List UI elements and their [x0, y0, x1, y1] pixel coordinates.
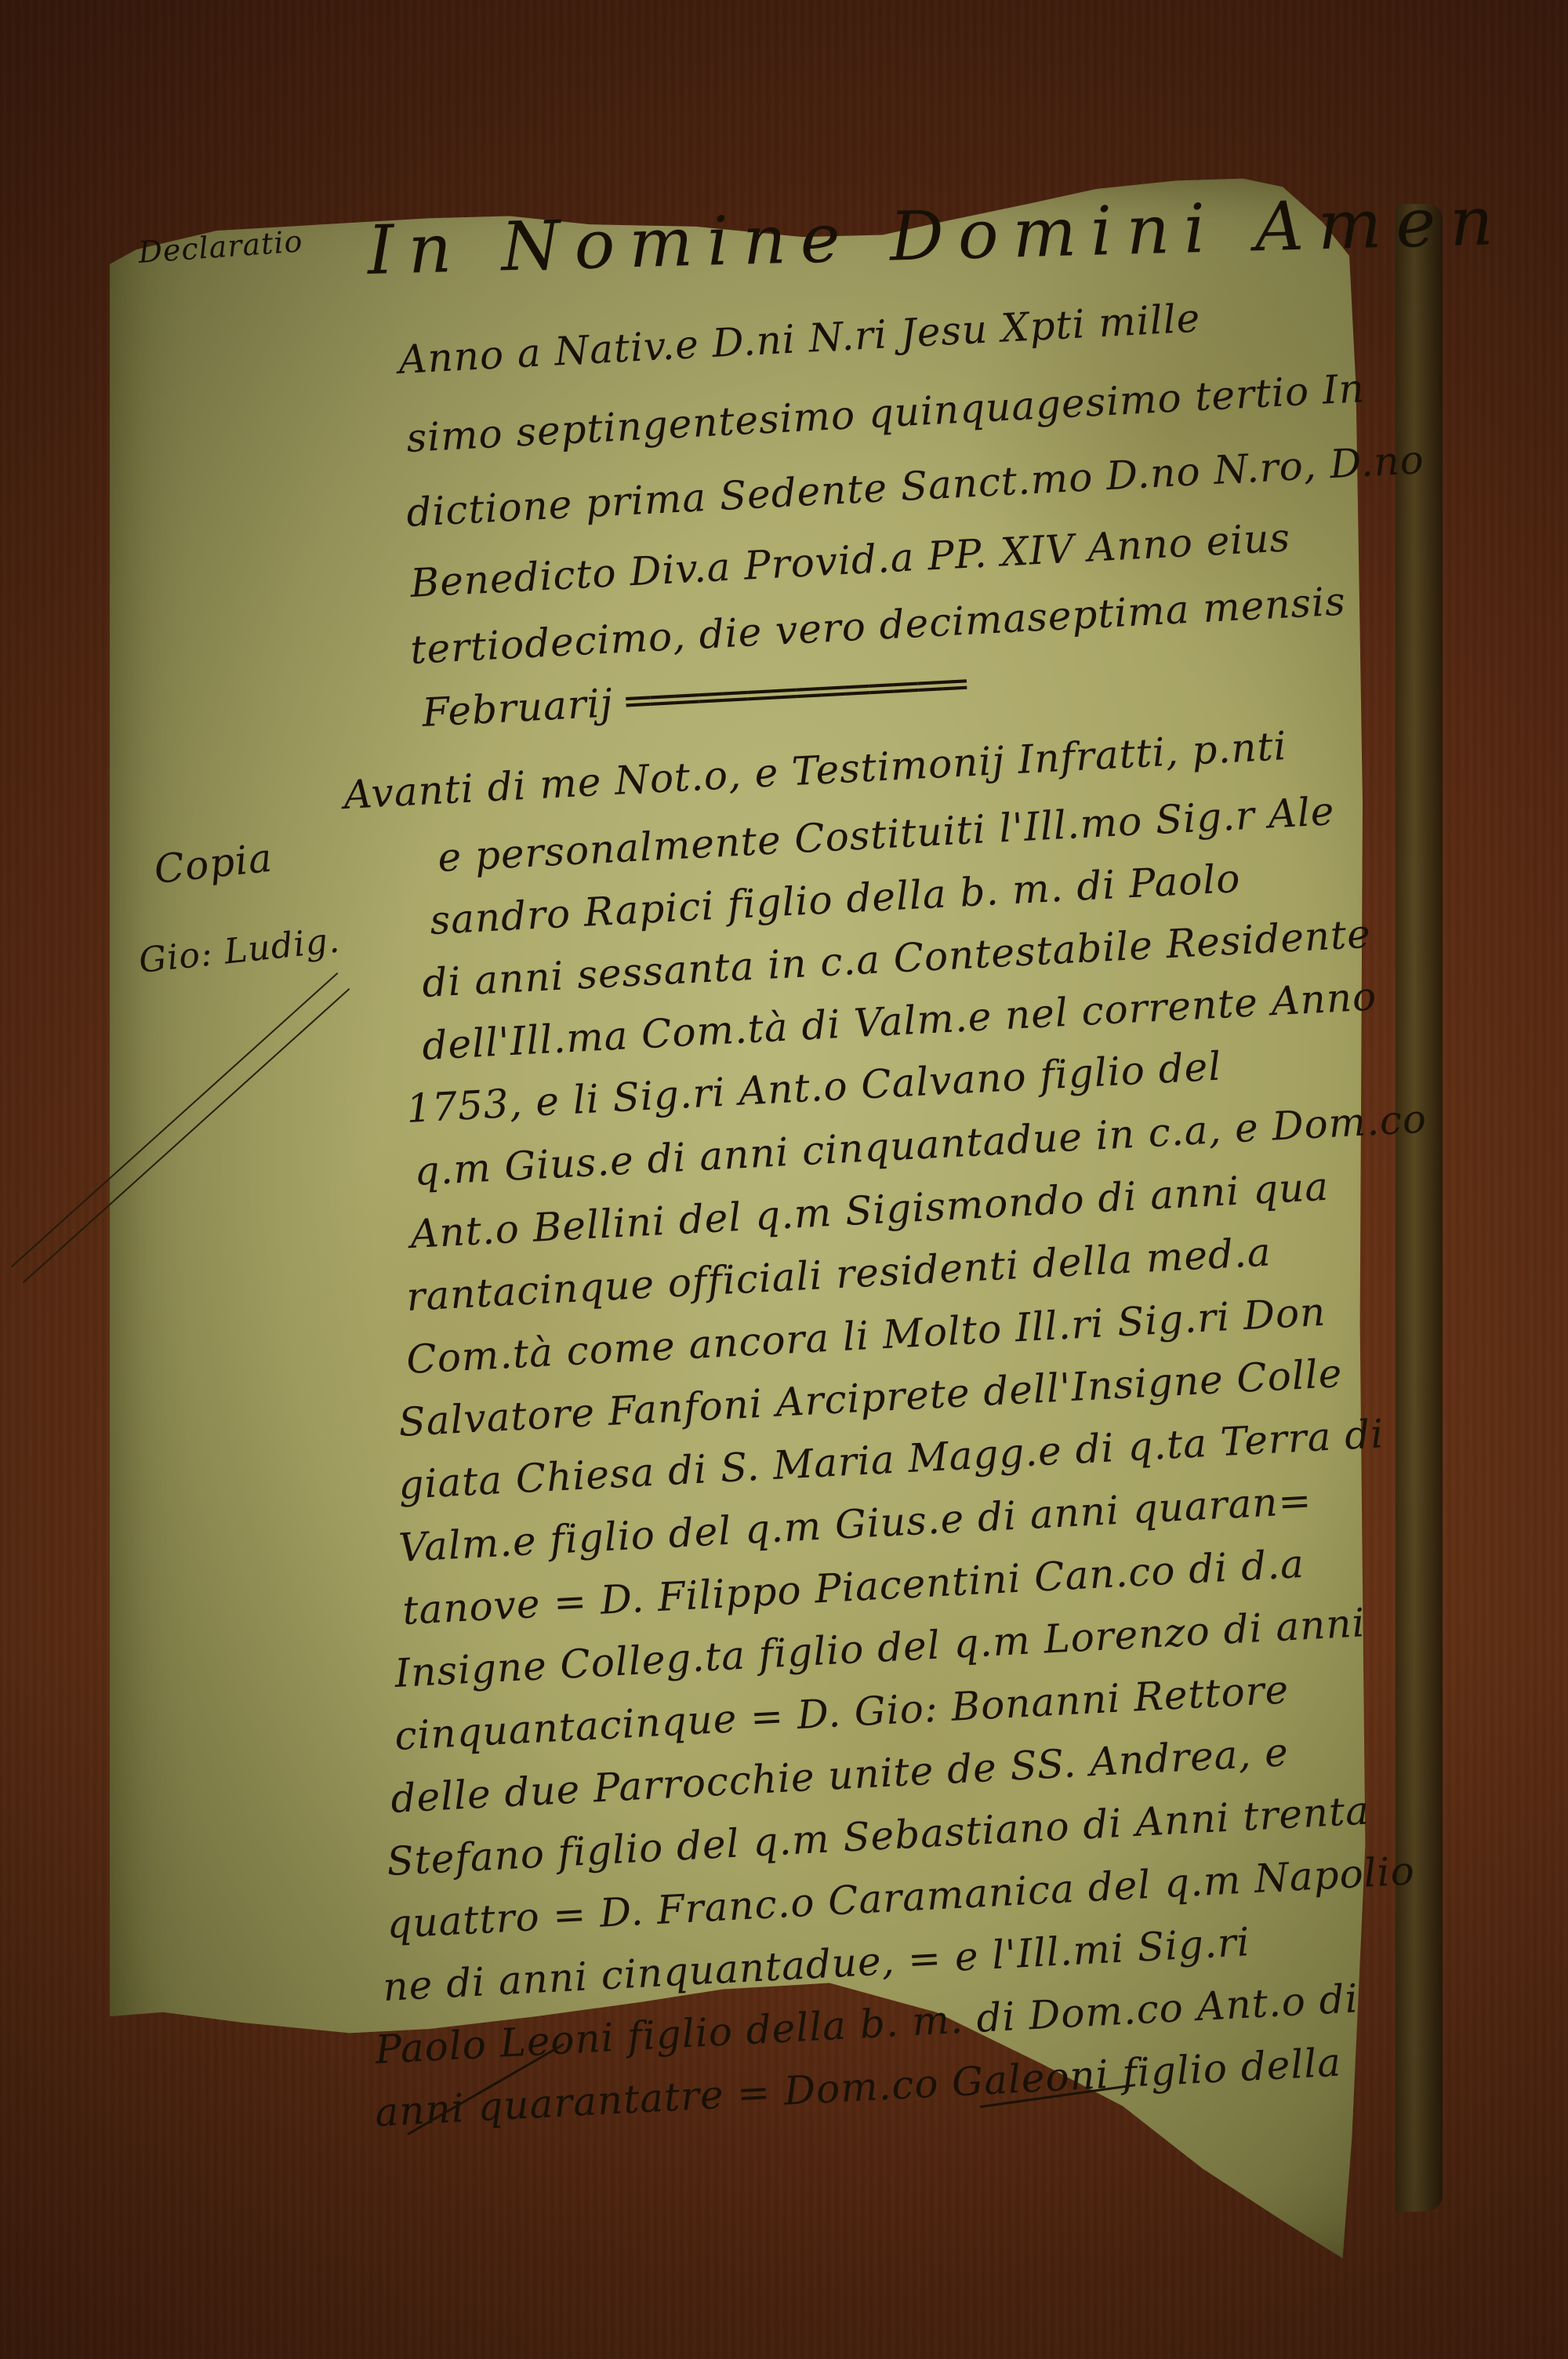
page-stack-edge — [1396, 203, 1443, 2212]
